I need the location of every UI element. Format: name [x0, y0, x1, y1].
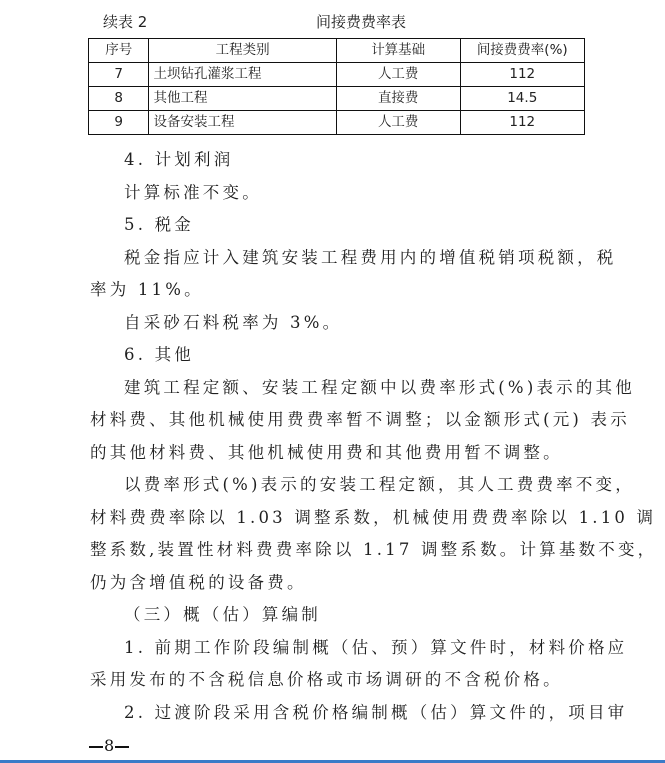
paragraph-line: 材料费、其他机械使用费费率暂不调整；以金额形式(元) 表示 [90, 404, 570, 437]
paragraph-line: 材料费费率除以 1.03 调整系数，机械使用费费率除以 1.10 调 [90, 502, 570, 535]
paragraph-line: 率为 11%。 [90, 274, 570, 307]
table-header-row: 序号 工程类别 计算基础 间接费费率(%) [89, 39, 585, 63]
heading-other: 6. 其他 [90, 339, 570, 372]
cell-no: 8 [89, 87, 149, 111]
header-category: 工程类别 [149, 39, 336, 63]
cell-basis: 直接费 [336, 87, 460, 111]
header-basis: 计算基础 [336, 39, 460, 63]
dash-right [115, 746, 129, 748]
heading-tax: 5. 税金 [90, 209, 570, 242]
page-number: 8 [88, 736, 130, 756]
body-text: 4. 计划利润 计算标准不变。 5. 税金 税金指应计入建筑安装工程费用内的增值… [90, 144, 570, 729]
cell-no: 9 [89, 111, 149, 135]
page-number-value: 8 [104, 736, 114, 755]
cell-category: 其他工程 [149, 87, 336, 111]
paragraph-line: 税金指应计入建筑安装工程费用内的增值税销项税额，税 [90, 242, 570, 275]
dash-left [89, 746, 103, 748]
paragraph-line: 自采砂石料税率为 3%。 [90, 307, 570, 340]
heading-estimate-compilation: （三）概（估）算编制 [90, 599, 570, 632]
table-row: 7 土坝钻孔灌浆工程 人工费 112 [89, 63, 585, 87]
indirect-cost-rate-table: 序号 工程类别 计算基础 间接费费率(%) 7 土坝钻孔灌浆工程 人工费 112… [88, 38, 585, 135]
cell-basis: 人工费 [336, 63, 460, 87]
cell-category: 土坝钻孔灌浆工程 [149, 63, 336, 87]
cell-basis: 人工费 [336, 111, 460, 135]
paragraph-line: 2. 过渡阶段采用含税价格编制概（估）算文件的，项目审 [90, 697, 570, 730]
paragraph-line: 仍为含增值税的设备费。 [90, 567, 570, 600]
paragraph-line: 的其他材料费、其他机械使用费和其他费用暂不调整。 [90, 437, 570, 470]
table-row: 9 设备安装工程 人工费 112 [89, 111, 585, 135]
header-no: 序号 [89, 39, 149, 63]
heading-planned-profit: 4. 计划利润 [90, 144, 570, 177]
table-continuation-label: 续表 2 [103, 12, 147, 32]
table-title: 间接费费率表 [316, 12, 406, 32]
paragraph-line: 整系数,装置性材料费费率除以 1.17 调整系数。计算基数不变， [90, 534, 570, 567]
paragraph-line: 建筑工程定额、安装工程定额中以费率形式(%)表示的其他 [90, 372, 570, 405]
cell-rate: 14.5 [460, 87, 584, 111]
table-row: 8 其他工程 直接费 14.5 [89, 87, 585, 111]
header-rate: 间接费费率(%) [460, 39, 584, 63]
cell-rate: 112 [460, 111, 584, 135]
paragraph-line: 1. 前期工作阶段编制概（估、预）算文件时，材料价格应 [90, 632, 570, 665]
cell-no: 7 [89, 63, 149, 87]
cell-rate: 112 [460, 63, 584, 87]
paragraph-line: 计算标准不变。 [90, 177, 570, 210]
cell-category: 设备安装工程 [149, 111, 336, 135]
paragraph-line: 采用发布的不含税信息价格或市场调研的不含税价格。 [90, 664, 570, 697]
paragraph-line: 以费率形式(%)表示的安装工程定额，其人工费费率不变， [90, 469, 570, 502]
